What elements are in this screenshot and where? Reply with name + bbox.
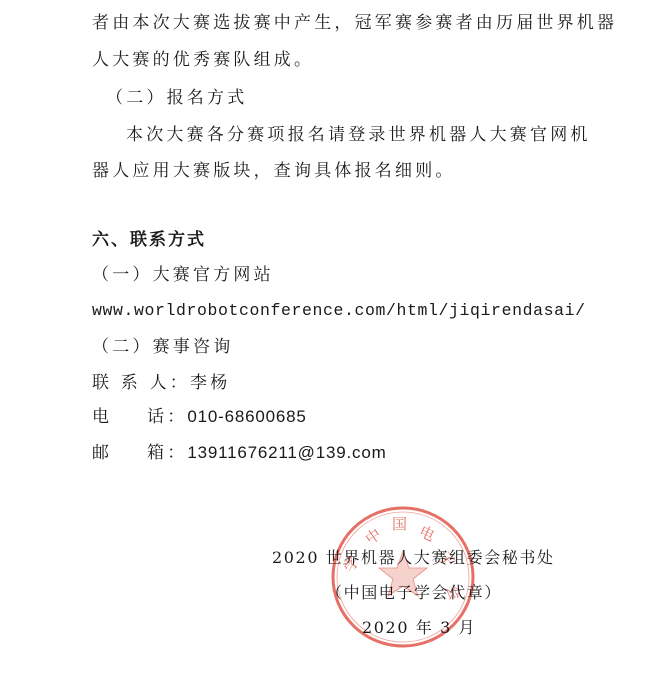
email-label-char: 邮 [92, 443, 147, 463]
svg-text:中: 中 [362, 525, 385, 548]
phone-value: 010-68600685 [187, 407, 306, 426]
signature-date: 2020 年 3 月 [362, 618, 476, 638]
phone-label-char: 电 [92, 407, 147, 427]
subsection-heading-inquiry: （二）赛事咨询 [92, 337, 233, 357]
subsection-heading-website: （一）大赛官方网站 [92, 265, 274, 285]
svg-text:国: 国 [392, 515, 407, 533]
phone-label: 话： [147, 407, 187, 427]
contact-person-value: 李杨 [190, 373, 230, 393]
phone-row: 电话：010-68600685 [92, 407, 307, 427]
email-row: 邮箱：13911676211@139.com [92, 443, 387, 463]
paragraph-line: 者由本次大赛选拔赛中产生，冠军赛参赛者由历届世界机器 [92, 13, 617, 33]
website-url-link[interactable]: www.worldrobotconference.com/html/jiqire… [92, 301, 586, 321]
paragraph-line: 本次大赛各分赛项报名请登录世界机器人大赛官网机 [126, 125, 591, 145]
paragraph-line: 人大赛的优秀赛队组成。 [92, 50, 314, 70]
contact-person-row: 联 系 人：李杨 [92, 373, 230, 393]
svg-text:电: 电 [416, 522, 437, 545]
email-link[interactable]: 13911676211@139.com [187, 443, 386, 462]
signature-organization: 2020 世界机器人大赛组委会秘书处 [272, 548, 555, 568]
contact-person-label: 联 系 人： [92, 373, 190, 393]
paragraph-line: 器人应用大赛版块，查询具体报名细则。 [92, 161, 456, 181]
signature-seal-note: （中国电子学会代章） [326, 583, 502, 603]
subsection-heading-registration: （二）报名方式 [106, 88, 247, 108]
email-label: 箱： [147, 443, 187, 463]
section-heading-contact: 六、联系方式 [92, 230, 206, 250]
